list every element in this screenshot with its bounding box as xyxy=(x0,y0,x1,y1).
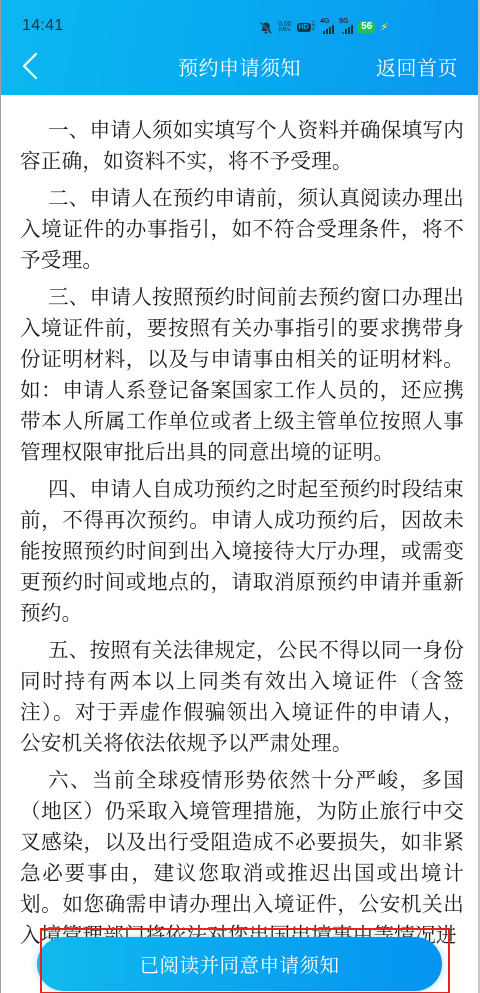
agree-button[interactable]: 已阅读并同意申请须知 xyxy=(37,937,442,991)
notice-paragraph-2: 二、申请人在预约申请前，须认真阅读办理出入境证件的办事指引，如不符合受理条件，将… xyxy=(20,183,464,276)
notice-paragraph-3: 三、申请人按照预约时间前去预约窗口办理出入境证件前，要按照有关办事指引的要求携带… xyxy=(20,282,464,468)
notice-paragraph-6: 六、当前全球疫情形势依然十分严峻，多国（地区）仍采取入境管理措施，为防止旅行中交… xyxy=(20,765,464,951)
hd-volte-icon: HD 1 2 xyxy=(297,22,315,33)
return-home-link[interactable]: 返回首页 xyxy=(376,52,458,81)
net-speed: 0.00 KB/s xyxy=(278,21,292,34)
status-time: 14:41 xyxy=(22,17,64,35)
bell-muted-icon xyxy=(259,20,273,34)
signal-4g-icon: 4G xyxy=(320,20,334,34)
status-icons: 0.00 KB/s HD 1 2 4G 5G xyxy=(259,17,389,37)
battery-icon: 56 xyxy=(358,21,375,33)
screen: 14:41 0.00 KB/s HD 1 xyxy=(0,0,480,993)
status-bar: 14:41 0.00 KB/s HD 1 xyxy=(1,0,478,40)
header: 14:41 0.00 KB/s HD 1 xyxy=(1,0,478,95)
notice-content[interactable]: 一、申请人须如实填写个人资料并确保填写内容正确，如资料不实，将不予受理。 二、申… xyxy=(1,95,478,993)
signal-5g-icon: 5G xyxy=(339,20,353,34)
charging-icon: ⚡ xyxy=(378,20,390,34)
nav-bar: 预约申请须知 返回首页 xyxy=(1,40,478,95)
notice-paragraph-5: 五、按照有关法律规定，公民不得以同一身份同时持有两本以上同类有效出入境证件（含签… xyxy=(20,635,464,759)
notice-paragraph-4: 四、申请人自成功预约之时起至预约时段结束前，不得再次预约。申请人成功预约后，因故… xyxy=(20,474,464,629)
notice-paragraph-1: 一、申请人须如实填写个人资料并确保填写内容正确，如资料不实，将不予受理。 xyxy=(20,115,464,177)
agree-button-container: 已阅读并同意申请须知 xyxy=(37,937,442,991)
